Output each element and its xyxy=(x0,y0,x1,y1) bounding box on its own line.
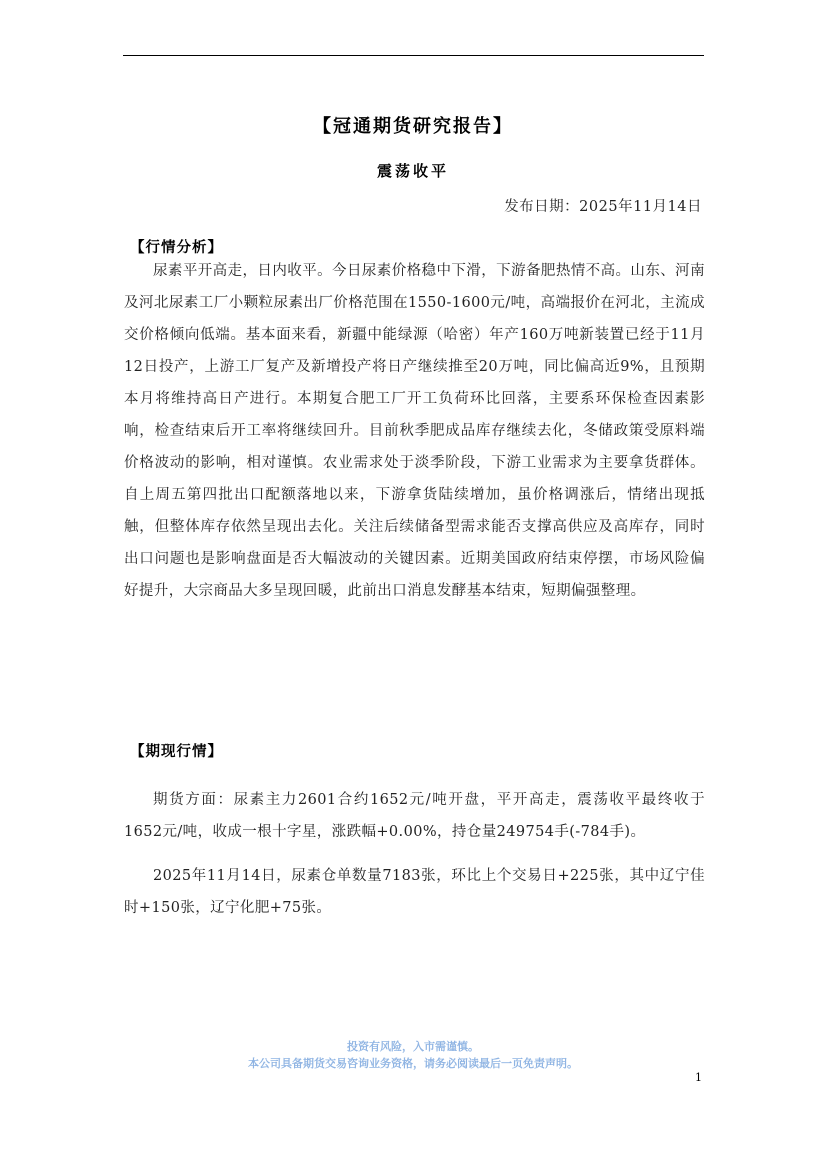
header-rule xyxy=(123,55,704,56)
warehouse-receipt-paragraph: 2025年11月14日，尿素仓单数量7183张，环比上个交易日+225张，其中辽… xyxy=(124,860,705,924)
page-number: 1 xyxy=(695,1071,702,1084)
section-heading-futures-spot: 【期现行情】 xyxy=(130,740,223,761)
disclaimer-notice: 本公司具备期货交易咨询业务资格，请务必阅读最后一页免责声明。 xyxy=(0,1055,826,1071)
futures-paragraph: 期货方面：尿素主力2601合约1652元/吨开盘，平开高走，震荡收平最终收于16… xyxy=(124,784,705,848)
market-analysis-paragraph: 尿素平开高走，日内收平。今日尿素价格稳中下滑，下游备肥热情不高。山东、河南及河北… xyxy=(124,255,705,607)
publish-date: 发布日期：2025年11月14日 xyxy=(504,195,702,216)
section-heading-market-analysis: 【行情分析】 xyxy=(130,236,223,257)
risk-warning: 投资有风险，入市需谨慎。 xyxy=(0,1038,826,1054)
report-subtitle: 震荡收平 xyxy=(0,160,826,181)
report-title: 【冠通期货研究报告】 xyxy=(0,112,826,138)
